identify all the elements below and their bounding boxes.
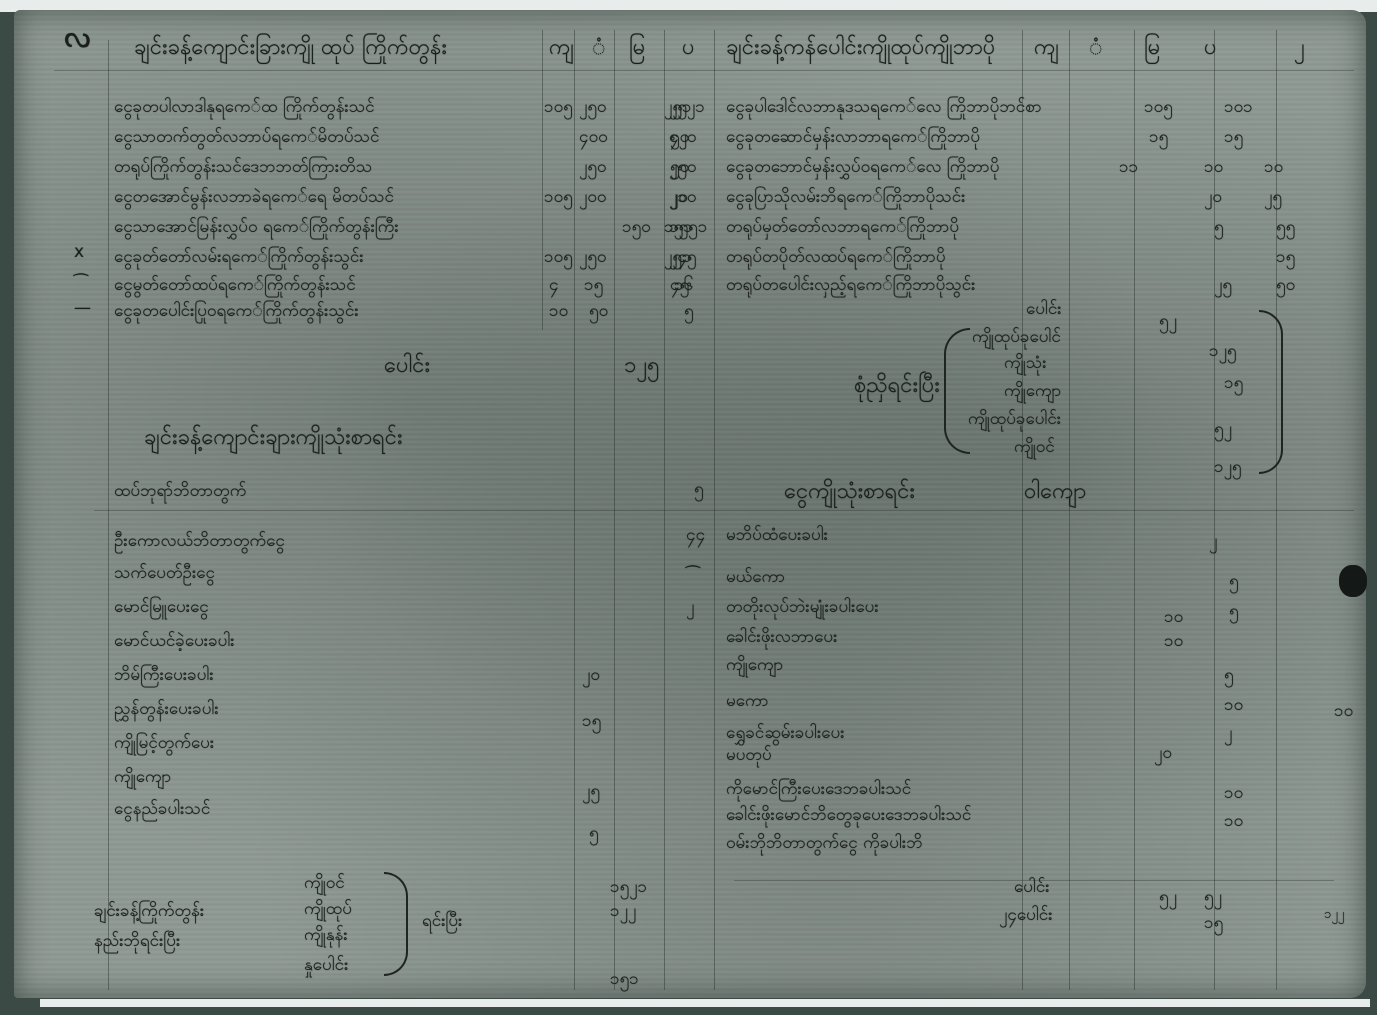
braced-value: ၁၂၅ — [1209, 340, 1236, 365]
list-item-value-b: ၅ — [1229, 570, 1239, 595]
left-total-value: ၁၂၅ — [624, 350, 660, 383]
margin-number: ၂၅၁ — [664, 96, 691, 121]
right-total-label: ပေါင်း — [1026, 298, 1062, 323]
list-item-value: ၅ — [589, 822, 599, 847]
left-col-header-4: ပ — [682, 32, 695, 65]
row-value-b: ၄ဝဝ — [579, 126, 608, 151]
row-value-d: ၂၅ — [1264, 186, 1282, 211]
row-value-c: ၂ဝ — [1204, 186, 1222, 211]
row-margin: ၂ — [686, 596, 694, 621]
list-item-value-b: ၅ — [1224, 664, 1234, 689]
braced-value: ၅၂ — [1159, 310, 1177, 335]
row-text: ငွေခုတဘောင်မှန်းလွှပ်ဝရကေ်လေ ကြိုဘာပို — [726, 156, 999, 181]
row-text: ငွေခုတ်တော်လမ်းရကေ်ကြိုက်တွန်းသွင်း — [114, 246, 364, 271]
footer-value: ၅၂ — [1204, 886, 1222, 911]
left-col-header-2: ံ — [592, 32, 606, 65]
row-value-b: ၁၅ — [1149, 126, 1168, 151]
braced-item: ကျိုဝင် — [1014, 436, 1055, 461]
ink-blot — [1339, 565, 1367, 597]
left-section2-subtitle: ထပ်ဘုရာ်ဘိတာတွက် — [114, 480, 246, 505]
footer-value: ၁၅၂၁ — [610, 876, 647, 901]
section2-margin-number: ၅ — [694, 478, 704, 503]
right-col-header-3: မြ — [1144, 32, 1160, 65]
row-value-c: ၂၅ — [1214, 274, 1232, 299]
list-item: ခေါင်းဖိုးမောင်ဘိတွေခုပေးဒေဘခပါးသင် — [726, 804, 971, 829]
row-text: ငွေခုတဆောင်မှန်းလာဘာရကေ်ကြိုဘာပို — [726, 126, 980, 151]
row-text: တရုပ်တပေါင်းလှည့်ရကေ်ကြိုဘာပိုသွင်း — [726, 274, 975, 299]
row-value-d: ၅၅ — [1276, 216, 1295, 241]
row-value-d: ၅ဝ — [1276, 274, 1295, 299]
margin-number: ၅ဝ — [670, 126, 689, 151]
braced-item: ကျိုသုံး — [1004, 352, 1047, 377]
list-item-value-b: ၅ — [1229, 600, 1239, 625]
margin-mark-top-left: ᔓ — [64, 20, 91, 55]
row-value-d: ၁၅ — [1224, 126, 1243, 151]
left-total-label: ပေါင်း — [384, 350, 430, 383]
list-item: ညွှန်တွန်းပေးခပါး — [114, 698, 219, 723]
left-panel-title: ချင်းခန့်ကျောင်းခြားကျို ထုပ် ကြိုက်တွန်… — [134, 32, 447, 65]
list-item: မဘိပ်ထံပေးခပါး — [726, 524, 828, 549]
footer-margin-note: ၁၂၂ — [1324, 906, 1344, 925]
list-item: ကျိုကျော — [726, 654, 783, 679]
rule-left-col1 — [542, 30, 543, 330]
row-text: တရုပ်ကြိုက်တွန်းသင်ဒေဘဘတ်ကြားတိသ — [114, 156, 372, 181]
list-item: မကော — [726, 690, 769, 715]
row-value-b: ၁၀၅ — [1144, 96, 1173, 121]
braced-result: ရင်းပြီး — [422, 910, 462, 935]
footer-group-text-1: ချင်းခန့်ကြိုက်တွန်း — [94, 900, 204, 925]
braced-value: ၁၅ — [1224, 372, 1243, 397]
row-value-c: ၁ဝ — [1204, 156, 1223, 181]
list-item: မောင်ယင်ခဲ့ပေးခပါး — [114, 630, 235, 655]
row-value-a: ၁၀၅ — [544, 96, 573, 121]
row-value-a: ၁ဝ — [549, 300, 568, 325]
page-bottom-edge — [40, 999, 1370, 1007]
braced-item: ကျိုထုပ်ခုပေါင်း — [968, 408, 1061, 433]
footer-value: ၁၂၂ — [610, 900, 636, 925]
braced-item: ကျိုထုပ်ခုပေါင် — [972, 326, 1061, 351]
list-item-value: ၁၅ — [582, 710, 601, 735]
row-text: ငွေခုပါဒေါင်လဘာနုဒသရကေ်လေ ကြိုဘာပိုဘင်စာ — [726, 96, 1042, 121]
right-panel-title: ချင်းခန့်ကန်ပေါင်းကျိုထုပ်ကျိုဘာပို — [726, 32, 995, 65]
right-brace-icon — [1259, 310, 1283, 474]
braced-item: ကျိုဝင် — [304, 872, 345, 897]
left-brace-icon — [944, 328, 970, 454]
margin-number: ၄၅ — [670, 274, 689, 299]
list-item-value-b: ၁ဝ — [1224, 810, 1243, 835]
row-value-c: ၁၅ဝ — [622, 216, 651, 241]
manuscript-page: ᔓ x ⁀ — ချင်းခန့်ကျောင်းခြားကျို ထုပ် ကြ… — [14, 10, 1366, 998]
row-text: တရုပ်မှတ်တော်လဘာရကေ်ကြိုဘာပို — [726, 216, 959, 241]
row-value-a: ၁၀၅ — [544, 246, 573, 271]
left-col-header-1: ကျ — [549, 32, 574, 65]
list-item: မယ်ကော — [726, 566, 785, 591]
list-item-value: ၂ဝ — [582, 664, 600, 689]
row-text: တရုပ်တပိုတ်လထပ်ရကေ်ကြိုဘာပို — [726, 246, 946, 271]
list-item: မောင်မြူပေးငွေ — [114, 596, 209, 621]
braced-item: နှုပေါင်း — [304, 954, 348, 979]
right-section2-title: ငွေကျိုသုံးစာရင်း — [784, 476, 915, 509]
braced-value: ၁၂၅ — [1214, 456, 1241, 481]
list-item-value-b: ၂ — [1224, 722, 1232, 747]
left-col-header-3: မြ — [629, 32, 645, 65]
extra-column-value: ၁ဝ — [1334, 700, 1353, 725]
row-value-b: ၁၅ — [584, 274, 603, 299]
row-value-c: ၅ — [1214, 216, 1224, 241]
list-item: ငွေနည်ခပါးသင် — [114, 798, 210, 823]
list-item-value-a: ၁၀ — [1164, 630, 1183, 655]
row-value-b: ၂ဝဝ — [579, 186, 606, 211]
left-section2-title: ချင်းခန့်ကျောင်းချားကျိုသုံးစာရင်း — [144, 422, 403, 455]
braced-item: ကျိုနုန်း — [304, 924, 348, 949]
row-text: ငွေမွတ်တော်ထပ်ရကေ်ကြိုက်တွန်းသင် — [114, 274, 356, 299]
list-item-value-b: ၂ — [1209, 530, 1217, 555]
margin-mark: — — [74, 298, 91, 318]
row-value-a: ၁၁ — [1119, 156, 1138, 181]
row-text: ငွေသာတက်တွတ်လဘာပ်ရကေ်မိတပ်သင် — [114, 126, 379, 151]
list-item: ဘိမ်ကြီးပေးခပါး — [114, 664, 214, 689]
margin-number: ၂ဝ — [670, 186, 688, 211]
row-value-b: ၂၅ဝ — [579, 156, 606, 181]
right-brace-icon — [384, 872, 408, 976]
list-item: ကိုမောင်ကြီးပေးဒေဘခပါးသင် — [726, 778, 911, 803]
list-item: တတိုးလုပ်ဘဲးမျုံးခပါးပေး — [726, 596, 879, 621]
list-item-value-a: ၁ဝ — [1164, 606, 1183, 631]
braced-item: ကျိုကျော — [1004, 380, 1061, 405]
right-section2-note: ဝါကျော — [1024, 476, 1086, 509]
row-text: ငွေခုပြာသိုလမ်းဘိရကေ်ကြိုဘာပိုသင်း — [726, 186, 965, 211]
row-value-d: ၁၅ — [1276, 246, 1295, 271]
list-item: သက်ပေတ်ဦးငွေ — [114, 562, 215, 587]
margin-number: ၅ဝ — [670, 156, 689, 181]
rule-left-margin — [108, 40, 109, 990]
margin-number: ၁၅၁ — [664, 216, 693, 241]
row-value-b: ၅ဝ — [589, 300, 608, 325]
braced-group-label: စုံညှိရင်းပြီး — [854, 370, 940, 403]
list-item: ဦးကောလယ်ဘိတာတွက်ငွေ — [114, 530, 285, 555]
list-item-value: ၂၅ — [582, 780, 600, 805]
list-item: မပတုပ် — [726, 744, 772, 769]
list-item: ကျိုကျော — [114, 766, 171, 791]
row-margin: ၄၄ — [686, 524, 705, 549]
row-value-d: ၁၀ — [1264, 156, 1283, 181]
footer-group-text-2: နည်းဘိုရင်းပြီး — [94, 930, 180, 955]
row-value-d: ၁၀၁ — [1224, 96, 1253, 121]
row-value-b: ၂၅ဝ — [579, 246, 606, 271]
list-item-value-b: ၁ဝ — [1224, 782, 1243, 807]
margin-mark: ⁀ — [74, 274, 88, 294]
list-item: ခေါင်းဖိုးလဘာပေး — [726, 626, 837, 651]
list-item: ကျိုမြင့်တွက်ပေး — [114, 732, 214, 757]
list-item: ဝမ်းဘိုဘိတာတွက်ငွေ ကိုခပါးဘိ — [726, 832, 923, 857]
row-text: ငွေခုတပေါင်းပြုဝရကေ်ကြိုက်တွန်းသွင်း — [114, 300, 359, 325]
right-footer-total-sub: ၂၄ပေါင်း — [999, 904, 1053, 929]
right-col-header-1: ကျ — [1034, 32, 1059, 65]
row-text: ငွေခုတပါလာဒါနုရကေ်ထ ကြိုက်တွန်းသင် — [114, 96, 375, 121]
margin-number: ၂၅၁ — [664, 246, 691, 271]
braced-value: ၅၂ — [1214, 418, 1232, 443]
row-value-a: ၁၀၅ — [544, 186, 573, 211]
right-col-header-5: ၂ — [1294, 32, 1305, 65]
margin-mark: x — [74, 242, 84, 262]
row-value-b: ၂၅ဝ — [579, 96, 606, 121]
right-col-header-4: ပ — [1204, 32, 1217, 65]
footer-value: ၅၂ — [1159, 886, 1177, 911]
rule-mid — [94, 510, 1354, 511]
braced-item: ကျိုထုပ် — [304, 898, 352, 923]
list-item-value-b: ၁ဝ — [1224, 694, 1243, 719]
row-margin: ⁀ — [686, 566, 700, 586]
row-text: ငွေတအောင်မွန်းလဘာခဲရကေ်ရေ မိတပ်သင် — [114, 186, 394, 211]
rule-under-header — [54, 70, 1354, 71]
right-footer-total-label: ပေါင်း — [1014, 876, 1050, 901]
footer-value: ၁၅ — [1204, 912, 1223, 937]
row-value-d: ၅ — [684, 300, 694, 325]
list-item-value-a: ၂ဝ — [1154, 742, 1172, 767]
row-value-a: ၄ — [549, 274, 559, 299]
right-col-header-2: ံ — [1089, 32, 1103, 65]
footer-value: ၁၅၁ — [610, 968, 639, 993]
row-text: ငွေသာအောင်မြန်းလွှပ်ဝ ရကေ်ကြိုက်တွန်းကြီ… — [114, 216, 399, 241]
